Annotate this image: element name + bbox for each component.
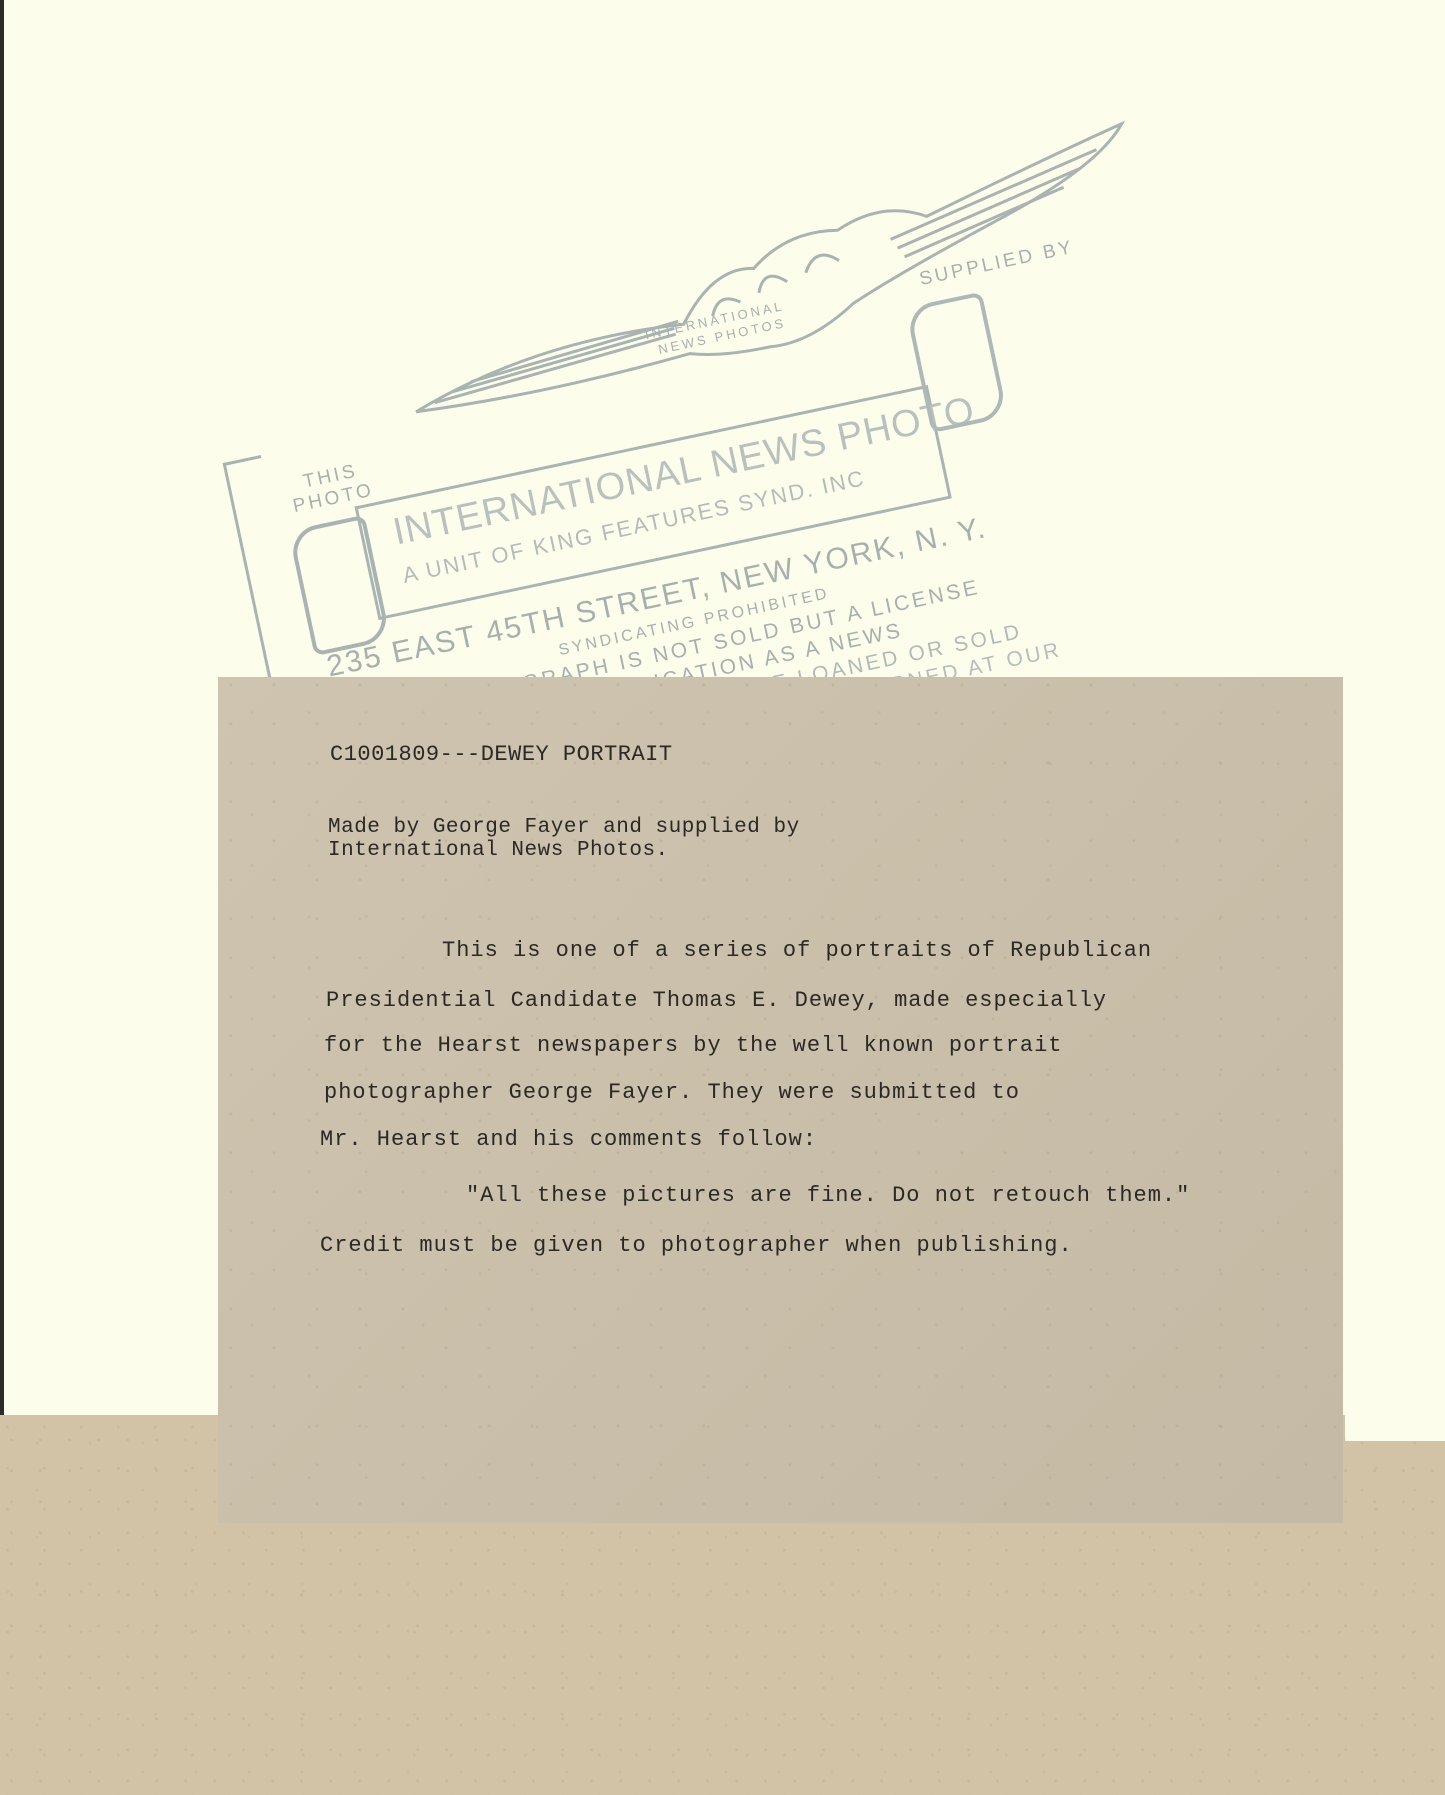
body-line: This is one of a series of portraits of … [300,940,1152,962]
body-line: photographer George Fayer. They were sub… [324,1082,1020,1104]
winged-logo-icon [367,117,1165,445]
body-line: Credit must be given to photographer whe… [320,1235,1073,1257]
body-line: Presidential Candidate Thomas E. Dewey, … [326,990,1107,1012]
credit-line-2: International News Photos. [328,840,669,861]
caption-card: C1001809---DEWEY PORTRAIT Made by George… [218,677,1343,1523]
mount-right-strip [1345,1415,1445,1441]
caption-heading: C1001809---DEWEY PORTRAIT [330,744,673,766]
credit-line-1: Made by George Fayer and supplied by [328,817,800,838]
body-line: "All these pictures are fine. Do not ret… [324,1185,1190,1207]
body-line: for the Hearst newspapers by the well kn… [324,1035,1063,1057]
mount-left-edge [0,0,4,1415]
body-line: Mr. Hearst and his comments follow: [320,1129,817,1151]
